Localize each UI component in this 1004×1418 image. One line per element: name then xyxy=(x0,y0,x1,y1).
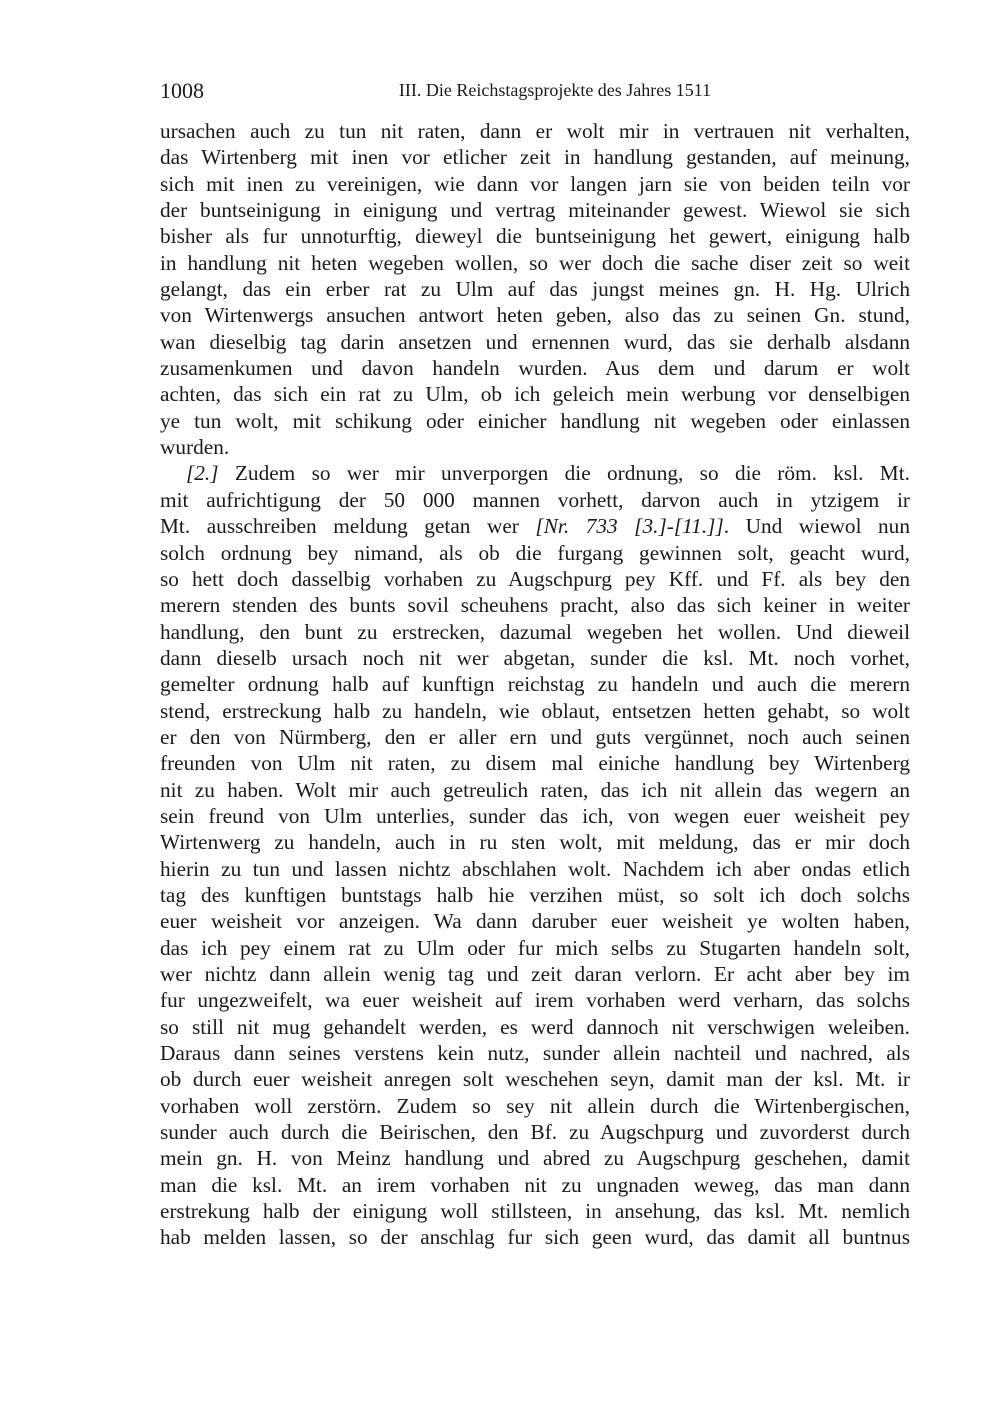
text-line: er den von Nürmberg, den er aller ern un… xyxy=(160,724,910,750)
section-marker: [2.] xyxy=(186,461,219,485)
text-line: wan dieselbig tag darin ansetzen und ern… xyxy=(160,329,910,355)
text-line: wurden. xyxy=(160,434,910,460)
running-title: III. Die Reichstagsprojekte des Jahres 1… xyxy=(160,80,910,101)
cross-reference: [Nr. 733 [3.]-[11.]] xyxy=(535,514,723,538)
text-line: dann dieselb ursach noch nit wer abgetan… xyxy=(160,645,910,671)
text-line: fur ungezweifelt, wa euer weisheit auf i… xyxy=(160,987,910,1013)
page-header: 1008 III. Die Reichstagsprojekte des Jah… xyxy=(160,78,910,106)
paragraph-start-line: [2.] Zudem so wer mir unverporgen die or… xyxy=(160,460,910,486)
text-line: ursachen auch zu tun nit raten, dann er … xyxy=(160,118,910,144)
text-fragment: Mt. ausschreiben meldung getan wer xyxy=(160,514,535,538)
text-line-with-reference: Mt. ausschreiben meldung getan wer [Nr. … xyxy=(160,513,910,539)
text-line: gelangt, das ein erber rat zu Ulm auf da… xyxy=(160,276,910,302)
text-line: ye tun wolt, mit schikung oder einicher … xyxy=(160,408,910,434)
text-line: wer nichtz dann allein wenig tag und zei… xyxy=(160,961,910,987)
text-line: so hett doch dasselbig vorhaben zu Augsc… xyxy=(160,566,910,592)
text-line: hierin zu tun und lassen nichtz abschlah… xyxy=(160,856,910,882)
text-line: stend, erstreckung halb zu handeln, wie … xyxy=(160,698,910,724)
text-line: merern stenden des bunts sovil scheuhens… xyxy=(160,592,910,618)
text-line: mein gn. H. von Meinz handlung und abred… xyxy=(160,1145,910,1171)
text-line: mit aufrichtigung der 50 000 mannen vorh… xyxy=(160,487,910,513)
text-line: nit zu haben. Wolt mir auch getreulich r… xyxy=(160,777,910,803)
text-line: solch ordnung bey nimand, als ob die fur… xyxy=(160,540,910,566)
text-line: zusamenkumen und davon handeln wurden. A… xyxy=(160,355,910,381)
text-line: freunden von Ulm nit raten, zu disem mal… xyxy=(160,750,910,776)
text-line: der buntseinigung in einigung und vertra… xyxy=(160,197,910,223)
text-line: in handlung nit heten wegeben wollen, so… xyxy=(160,250,910,276)
text-line: man die ksl. Mt. an irem vorhaben nit zu… xyxy=(160,1172,910,1198)
text-line: sein freund von Ulm unterlies, sunder da… xyxy=(160,803,910,829)
text-line: hab melden lassen, so der anschlag fur s… xyxy=(160,1224,910,1250)
text-line: von Wirtenwergs ansuchen antwort heten g… xyxy=(160,302,910,328)
body-text: ursachen auch zu tun nit raten, dann er … xyxy=(160,118,910,1251)
text-line: sunder auch durch die Beirischen, den Bf… xyxy=(160,1119,910,1145)
text-line: sich mit inen zu vereinigen, wie dann vo… xyxy=(160,171,910,197)
text-line: achten, das sich ein rat zu Ulm, ob ich … xyxy=(160,381,910,407)
text-line: bisher als fur unnoturftig, dieweyl die … xyxy=(160,223,910,249)
text-line: euer weisheit vor anzeigen. Wa dann daru… xyxy=(160,908,910,934)
text-fragment: Zudem so wer mir unverporgen die ordnung… xyxy=(219,461,910,485)
text-line: tag des kunftigen buntstags halb hie ver… xyxy=(160,882,910,908)
document-page: 1008 III. Die Reichstagsprojekte des Jah… xyxy=(0,0,1004,1418)
text-line: Daraus dann seines verstens kein nutz, s… xyxy=(160,1040,910,1066)
text-line: vorhaben woll zerstörn. Zudem so sey nit… xyxy=(160,1093,910,1119)
text-line: erstrekung halb der einigung woll stills… xyxy=(160,1198,910,1224)
text-line: ob durch euer weisheit anregen solt wesc… xyxy=(160,1066,910,1092)
text-line: Wirtenwerg zu handeln, auch in ru sten w… xyxy=(160,829,910,855)
text-line: das ich pey einem rat zu Ulm oder fur mi… xyxy=(160,935,910,961)
text-line: so still nit mug gehandelt werden, es we… xyxy=(160,1014,910,1040)
text-line: gemelter ordnung halb auf kunftign reich… xyxy=(160,671,910,697)
text-line: das Wirtenberg mit inen vor etlicher zei… xyxy=(160,144,910,170)
text-line: handlung, den bunt zu erstrecken, dazuma… xyxy=(160,619,910,645)
text-fragment: . Und wiewol nun xyxy=(724,514,910,538)
